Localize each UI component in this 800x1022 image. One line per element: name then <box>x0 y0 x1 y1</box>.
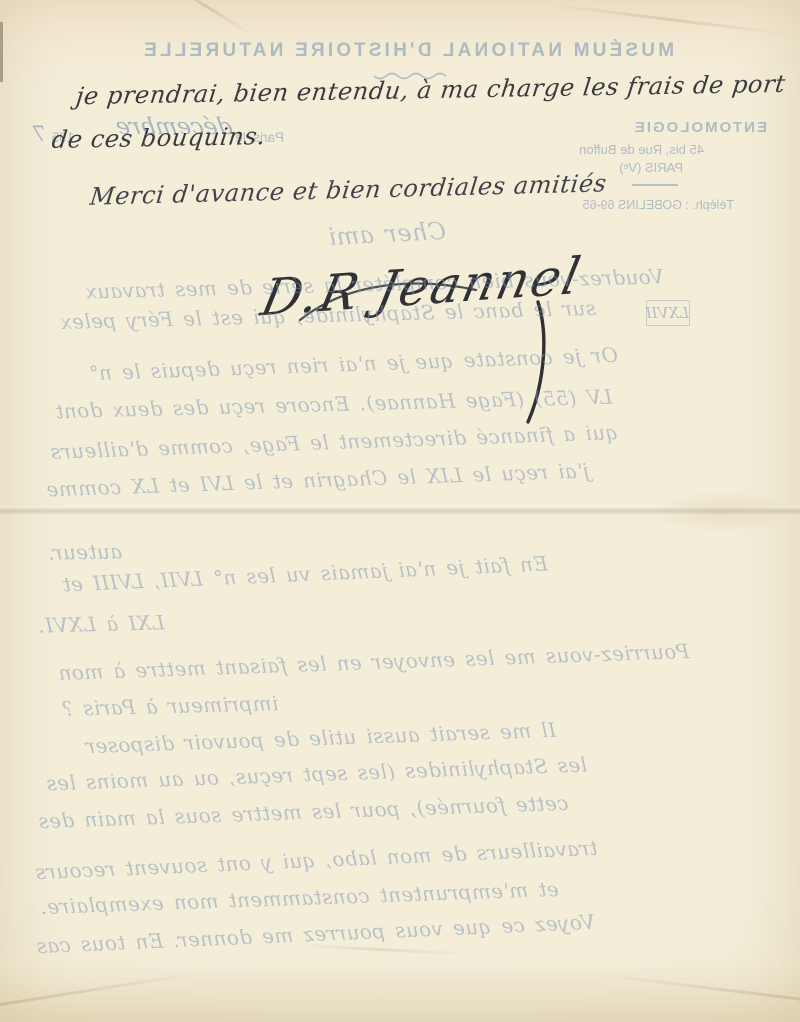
crease-mark <box>591 972 800 1003</box>
fold-crease <box>0 506 800 515</box>
crease-mark <box>0 970 209 1009</box>
bleed-line: cette fournée), pour les mettre sous la … <box>38 791 569 833</box>
bleed-line: les Staphylinides (les sept reçus, ou au… <box>46 753 588 796</box>
bleed-box-number: LXVII <box>646 300 690 326</box>
bleed-line: et m'empruntent constamment mon exemplai… <box>40 877 559 919</box>
bleed-line: Il me serait aussi utile de pouvoir disp… <box>85 718 557 758</box>
department-label: ENTOMOLOGIE <box>633 119 767 136</box>
address-divider <box>632 184 678 186</box>
date-year-digit: 7 <box>33 122 46 146</box>
bleed-line: LV (55) (Fage Hannae). Encore reçu des d… <box>55 385 613 424</box>
fold-shadow <box>640 486 800 538</box>
bleed-line: Or je constate que je n'ai rien reçu dep… <box>88 343 618 385</box>
bleed-line: Pourriez-vous me les envoyer en les fais… <box>58 639 690 685</box>
bleed-line: LXI à LXVI. <box>38 610 165 637</box>
bleed-line: En fait je n'ai jamais vu les n° LVII, L… <box>62 551 549 596</box>
bleed-line: imprimeur à Paris ? <box>62 691 279 721</box>
bleed-line: j'ai reçu le LIX le Chagrin et le LVI et… <box>46 459 590 502</box>
museum-name: MUSÉUM NATIONAL D'HISTOIRE NATURELLE <box>115 40 700 62</box>
phone-line: Téléph. : GOBELINS 69-65 <box>583 198 734 212</box>
bleed-line: qui a financé directement le Fage, comme… <box>50 420 619 464</box>
letter-sheet: MUSÉUM NATIONAL D'HISTOIRE NATURELLE ENT… <box>0 0 800 1022</box>
handwriting-line: de ces bouquins. <box>50 122 267 154</box>
bleed-line: auteur. <box>48 539 123 564</box>
bleed-line: Voyez ce que vous pourrez me donner. En … <box>36 910 596 958</box>
address-line2: PARIS (Vᵉ) <box>619 160 683 175</box>
bleed-line: travailleurs de mon labo, qui y ont souv… <box>35 836 598 885</box>
address-line1: 45 bis, Rue de Buffon <box>579 142 704 157</box>
